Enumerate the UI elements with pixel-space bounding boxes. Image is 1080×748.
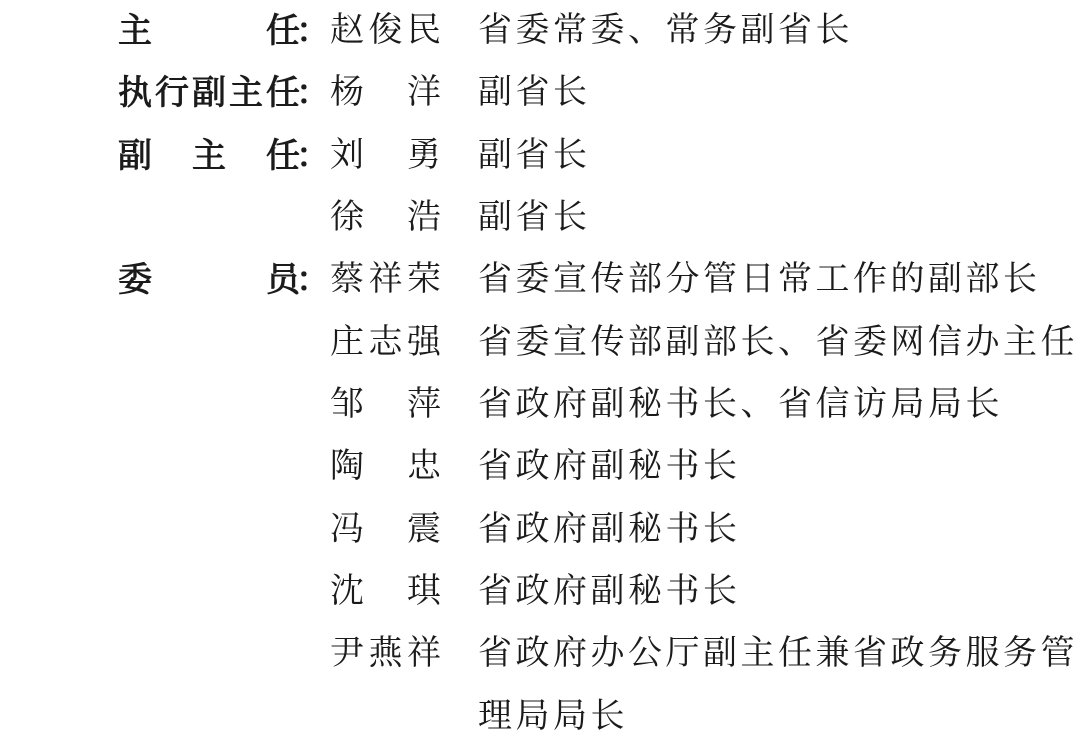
member-name-char: 勇	[407, 125, 441, 187]
member-name: 陶忠	[330, 436, 441, 498]
member-name-char: 徐	[330, 187, 364, 249]
member-name-char: 琪	[407, 561, 441, 623]
roster-row: 徐浩副省长	[0, 187, 1080, 249]
member-name-char: 赵	[330, 0, 364, 62]
member-name-char: 蔡	[330, 249, 364, 311]
member-title: 省政府副秘书长	[478, 561, 741, 623]
roster-row: 庄志强省委宣传部副部长、省委网信办主任	[0, 312, 1080, 374]
member-name-char: 忠	[407, 436, 441, 498]
role-colon: ：	[296, 249, 330, 311]
member-name-char: 萍	[407, 374, 441, 436]
member-name: 冯震	[330, 499, 441, 561]
member-name-char: 俊	[369, 0, 403, 62]
role-label-char: 员	[266, 249, 300, 311]
member-name-char: 邹	[330, 374, 364, 436]
roster-row: 沈琪省政府副秘书长	[0, 561, 1080, 623]
member-name-char: 刘	[330, 125, 364, 187]
role-colon: ：	[296, 0, 330, 62]
member-name-char: 祥	[407, 623, 441, 685]
role-label-char: 副	[118, 125, 152, 187]
member-name: 沈琪	[330, 561, 441, 623]
roster-row: 尹燕祥省政府办公厅副主任兼省政务服务管	[0, 623, 1080, 685]
roster-row: 陶忠省政府副秘书长	[0, 436, 1080, 498]
roster-row: 副主任：刘勇副省长	[0, 125, 1080, 187]
role-label-char: 主	[229, 62, 263, 124]
role-label: 副主任	[118, 125, 300, 187]
member-name-char: 强	[407, 312, 441, 374]
role-colon: ：	[296, 125, 330, 187]
role-label-char: 执	[118, 62, 152, 124]
role-label-char: 任	[266, 125, 300, 187]
member-title: 副省长	[478, 187, 591, 249]
member-name-char: 祥	[369, 249, 403, 311]
member-name-char: 杨	[330, 62, 364, 124]
roster-row: 邹萍省政府副秘书长、省信访局局长	[0, 374, 1080, 436]
member-name: 赵俊民	[330, 0, 441, 62]
document-page: 主任：赵俊民省委常委、常务副省长执行副主任：杨洋副省长副主任：刘勇副省长徐浩副省…	[0, 0, 1080, 748]
member-name-char: 震	[407, 499, 441, 561]
member-name: 蔡祥荣	[330, 249, 441, 311]
member-name-char: 沈	[330, 561, 364, 623]
roster-row: 执行副主任：杨洋副省长	[0, 62, 1080, 124]
member-title: 省委宣传部副部长、省委网信办主任	[478, 312, 1078, 374]
member-name-char: 浩	[407, 187, 441, 249]
member-name-char: 庄	[330, 312, 364, 374]
member-title: 省政府副秘书长	[478, 436, 741, 498]
member-name-char: 民	[407, 0, 441, 62]
member-name: 徐浩	[330, 187, 441, 249]
member-name: 邹萍	[330, 374, 441, 436]
member-name-char: 洋	[407, 62, 441, 124]
role-colon: ：	[296, 62, 330, 124]
member-name-char: 志	[369, 312, 403, 374]
role-label: 执行副主任	[118, 62, 300, 124]
member-name: 尹燕祥	[330, 623, 441, 685]
member-title: 省委常委、常务副省长	[478, 0, 853, 62]
roster-row: 委员：蔡祥荣省委宣传部分管日常工作的副部长	[0, 249, 1080, 311]
member-title: 副省长	[478, 62, 591, 124]
role-label-char: 主	[118, 0, 152, 62]
member-title: 省政府办公厅副主任兼省政务服务管	[478, 623, 1078, 685]
member-name-char: 尹	[330, 623, 364, 685]
member-name-char: 陶	[330, 436, 364, 498]
role-label-char: 主	[192, 125, 226, 187]
member-title: 省委宣传部分管日常工作的副部长	[478, 249, 1041, 311]
roster-row: 冯震省政府副秘书长	[0, 499, 1080, 561]
roster-row: 理局局长	[0, 686, 1080, 748]
role-label-char: 任	[266, 62, 300, 124]
roster-row: 主任：赵俊民省委常委、常务副省长	[0, 0, 1080, 62]
role-label: 委员	[118, 249, 300, 311]
role-label: 主任	[118, 0, 300, 62]
committee-roster: 主任：赵俊民省委常委、常务副省长执行副主任：杨洋副省长副主任：刘勇副省长徐浩副省…	[0, 0, 1080, 748]
role-label-char: 副	[192, 62, 226, 124]
member-title: 省政府副秘书长、省信访局局长	[478, 374, 1003, 436]
member-name-char: 荣	[407, 249, 441, 311]
member-title: 省政府副秘书长	[478, 499, 741, 561]
member-name-char: 冯	[330, 499, 364, 561]
member-name: 刘勇	[330, 125, 441, 187]
member-name: 庄志强	[330, 312, 441, 374]
role-label-char: 行	[155, 62, 189, 124]
member-title: 理局局长	[478, 686, 628, 748]
role-label-char: 委	[118, 249, 152, 311]
member-name-char: 燕	[369, 623, 403, 685]
member-name: 杨洋	[330, 62, 441, 124]
member-title: 副省长	[478, 125, 591, 187]
role-label-char: 任	[266, 0, 300, 62]
